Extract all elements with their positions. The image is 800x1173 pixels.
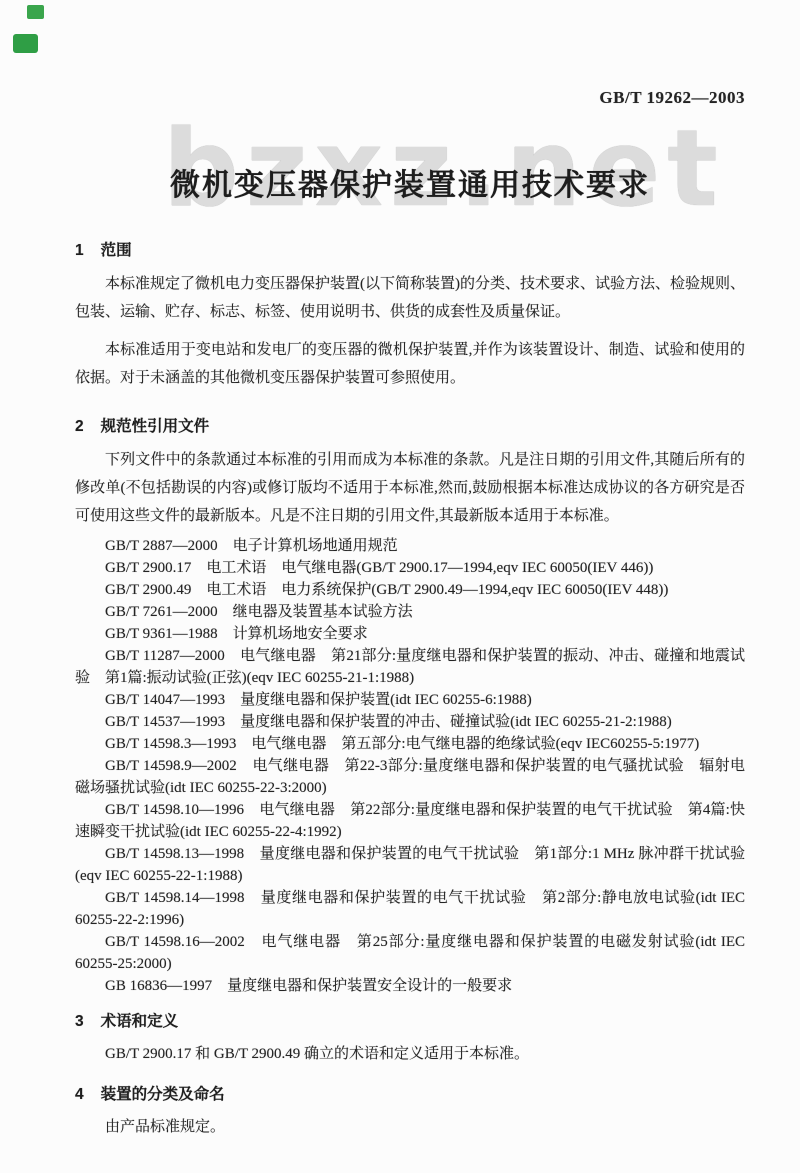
paragraph: 下列文件中的条款通过本标准的引用而成为本标准的条款。凡是注日期的引用文件,其随后…: [75, 446, 745, 530]
document-page: bzxz.net GB/T 19262—2003 微机变压器保护装置通用技术要求…: [0, 0, 800, 1173]
standard-code: GB/T 19262—2003: [75, 88, 745, 108]
reference-item: GB/T 2900.49 电工术语 电力系统保护(GB/T 2900.49—19…: [75, 579, 745, 601]
reference-item: GB/T 14598.9—2002 电气继电器 第22-3部分:量度继电器和保护…: [75, 755, 745, 799]
section-2: 2规范性引用文件下列文件中的条款通过本标准的引用而成为本标准的条款。凡是注日期的…: [75, 414, 745, 997]
paragraph: 本标准适用于变电站和发电厂的变压器的微机保护装置,并作为该装置设计、制造、试验和…: [75, 336, 745, 392]
section-3: 3术语和定义GB/T 2900.17 和 GB/T 2900.49 确立的术语和…: [75, 1009, 745, 1068]
paragraph: GB/T 2900.17 和 GB/T 2900.49 确立的术语和定义适用于本…: [75, 1040, 745, 1068]
section-number: 3: [75, 1013, 84, 1031]
section-heading: 1范围: [75, 238, 745, 260]
section-title: 术语和定义: [101, 1013, 179, 1030]
section-title: 规范性引用文件: [101, 418, 210, 435]
reference-item: GB/T 11287—2000 电气继电器 第21部分:量度继电器和保护装置的振…: [75, 645, 745, 689]
reference-item: GB/T 14598.14—1998 量度继电器和保护装置的电气干扰试验 第2部…: [75, 887, 745, 931]
reference-list: GB/T 2887—2000 电子计算机场地通用规范GB/T 2900.17 电…: [75, 535, 745, 997]
section-4: 4装置的分类及命名由产品标准规定。: [75, 1082, 745, 1141]
section-heading: 3术语和定义: [75, 1009, 745, 1031]
paragraph: 本标准规定了微机电力变压器保护装置(以下简称装置)的分类、技术要求、试验方法、检…: [75, 270, 745, 326]
reference-item: GB/T 14598.16—2002 电气继电器 第25部分:量度继电器和保护装…: [75, 931, 745, 975]
document-title: 微机变压器保护装置通用技术要求: [75, 160, 745, 204]
scan-artifact-mark: [13, 34, 38, 53]
paragraph: 由产品标准规定。: [75, 1113, 745, 1141]
section-title: 装置的分类及命名: [101, 1086, 225, 1103]
reference-item: GB/T 14598.3—1993 电气继电器 第五部分:电气继电器的绝缘试验(…: [75, 733, 745, 755]
reference-item: GB/T 14598.13—1998 量度继电器和保护装置的电气干扰试验 第1部…: [75, 843, 745, 887]
reference-item: GB/T 14047—1993 量度继电器和保护装置(idt IEC 60255…: [75, 689, 745, 711]
reference-item: GB/T 2887—2000 电子计算机场地通用规范: [75, 535, 745, 557]
section-number: 1: [75, 242, 84, 260]
reference-item: GB/T 9361—1988 计算机场地安全要求: [75, 623, 745, 645]
reference-item: GB/T 7261—2000 继电器及装置基本试验方法: [75, 601, 745, 623]
page-content: GB/T 19262—2003 微机变压器保护装置通用技术要求 1范围本标准规定…: [0, 88, 800, 1141]
section-heading: 4装置的分类及命名: [75, 1082, 745, 1104]
scan-artifact-mark: [27, 5, 44, 19]
document-body: 1范围本标准规定了微机电力变压器保护装置(以下简称装置)的分类、技术要求、试验方…: [75, 238, 745, 1141]
section-number: 4: [75, 1086, 84, 1104]
reference-item: GB/T 14598.10—1996 电气继电器 第22部分:量度继电器和保护装…: [75, 799, 745, 843]
reference-item: GB 16836—1997 量度继电器和保护装置安全设计的一般要求: [75, 975, 745, 997]
reference-item: GB/T 14537—1993 量度继电器和保护装置的冲击、碰撞试验(idt I…: [75, 711, 745, 733]
section-number: 2: [75, 418, 84, 436]
section-heading: 2规范性引用文件: [75, 414, 745, 436]
reference-item: GB/T 2900.17 电工术语 电气继电器(GB/T 2900.17—199…: [75, 557, 745, 579]
section-1: 1范围本标准规定了微机电力变压器保护装置(以下简称装置)的分类、技术要求、试验方…: [75, 238, 745, 392]
section-title: 范围: [101, 242, 132, 259]
